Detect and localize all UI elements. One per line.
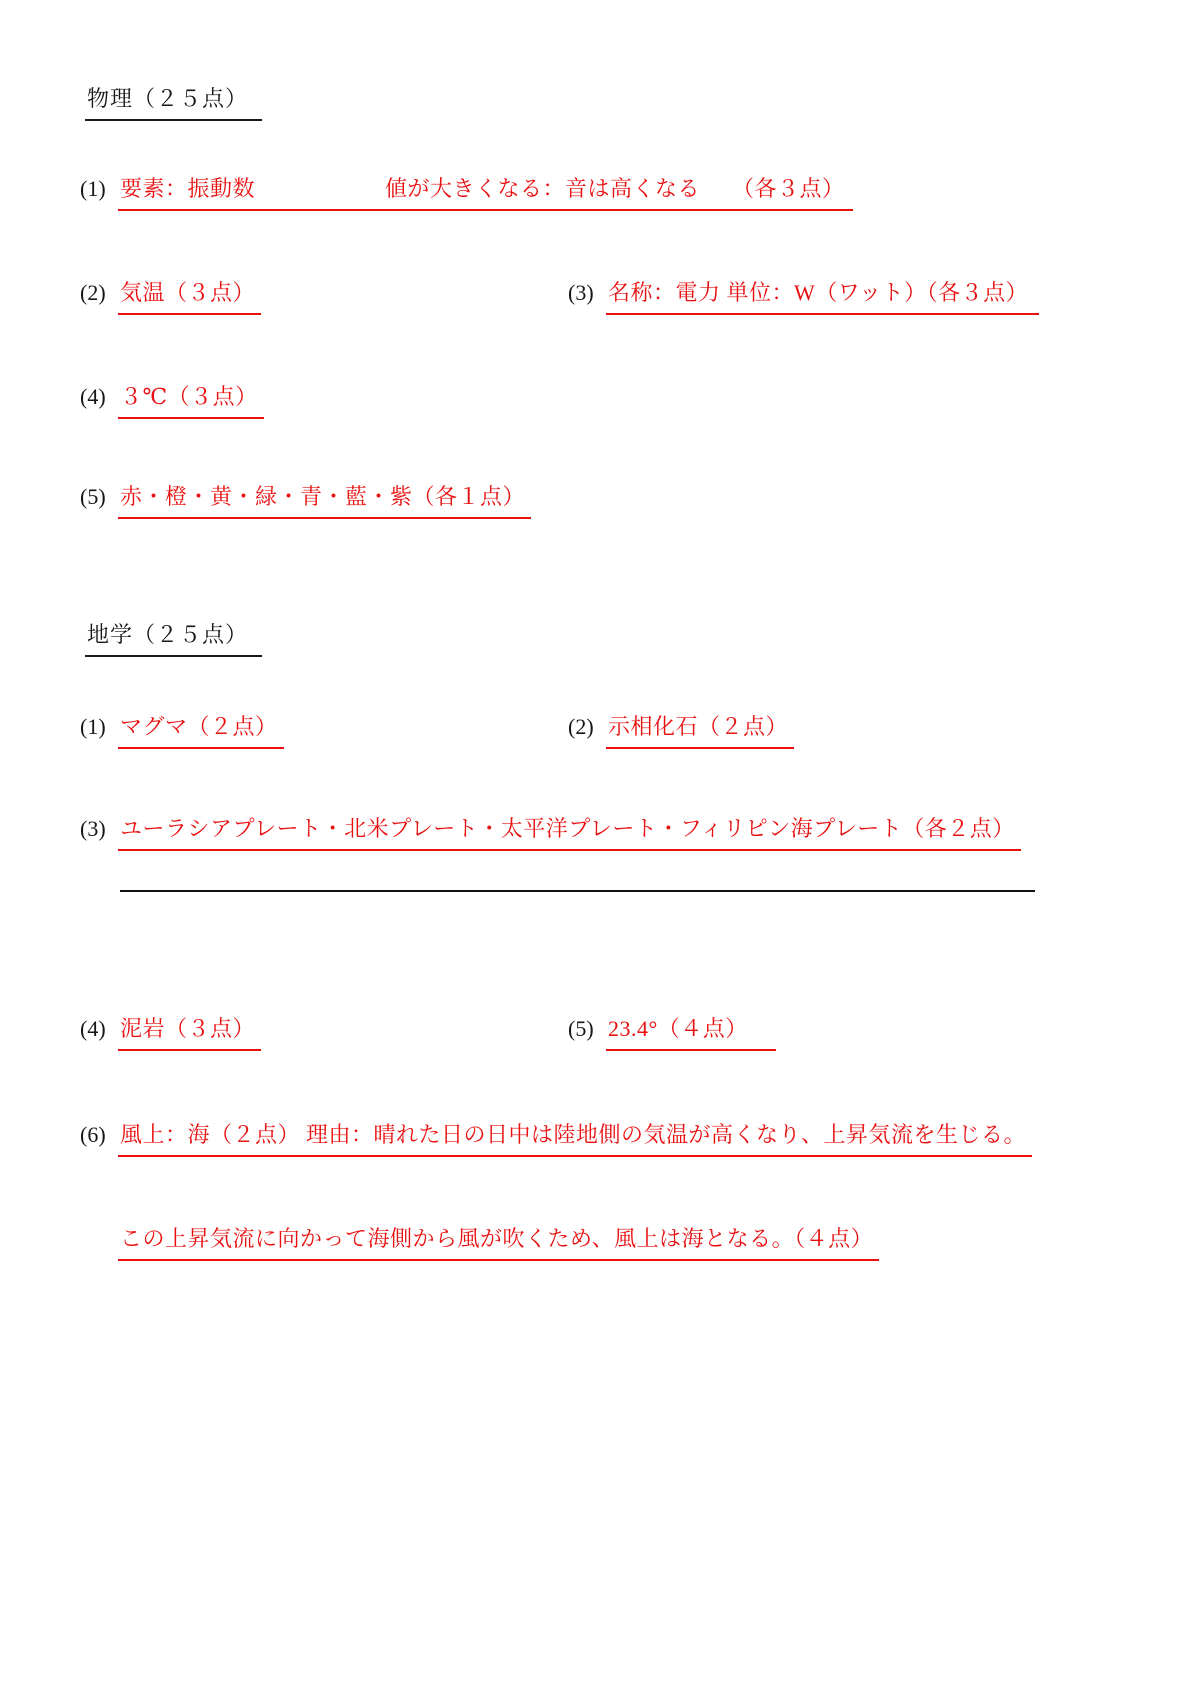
horizontal-divider-line	[120, 890, 1035, 892]
physics-q4-answer: ３℃（３点）	[118, 380, 264, 419]
physics-q1-change: 値が大きくなる：音は高くなる	[385, 172, 700, 203]
geology-q4-answer: 泥岩（３点）	[118, 1012, 261, 1051]
geology-q2-number: (2)	[568, 714, 598, 740]
physics-q5-answer: 赤・橙・黄・緑・青・藍・紫（各１点）	[118, 480, 531, 519]
geology-q3-answer: ユーラシアプレート・北米プレート・太平洋プレート・フィリピン海プレート（各２点）	[118, 812, 1021, 851]
physics-q1-row: (1) 要素：振動数 値が大きくなる：音は高くなる （各３点）	[80, 172, 853, 211]
physics-q5-row: (5) 赤・橙・黄・緑・青・藍・紫（各１点）	[80, 480, 531, 519]
physics-q1-element: 要素：振動数	[120, 176, 255, 201]
physics-q3-row: (3) 名称：電力 単位：W（ワット）（各３点）	[568, 276, 1039, 315]
geology-q6-answer-continuation: この上昇気流に向かって海側から風が吹くため、風上は海となる。（４点）	[118, 1222, 879, 1261]
geology-q3-row: (3) ユーラシアプレート・北米プレート・太平洋プレート・フィリピン海プレート（…	[80, 812, 1021, 851]
geology-heading-text: 地学（２５点）	[85, 618, 262, 657]
physics-q4-row: (4) ３℃（３点）	[80, 380, 264, 419]
physics-q1-points: （各３点）	[732, 172, 845, 203]
geology-q5-row: (5) 23.4°（４点）	[568, 1012, 776, 1051]
geology-q1-number: (1)	[80, 714, 110, 740]
geology-q6-answer: 風上：海（２点） 理由：晴れた日の日中は陸地側の気温が高くなり、上昇気流を生じる…	[118, 1118, 1032, 1157]
geology-q2-answer: 示相化石（２点）	[606, 710, 794, 749]
physics-q3-answer: 名称：電力 単位：W（ワット）（各３点）	[606, 276, 1039, 315]
answer-key-page: 物理（２５点） (1) 要素：振動数 値が大きくなる：音は高くなる （各３点） …	[0, 0, 1190, 1683]
geology-q2-row: (2) 示相化石（２点）	[568, 710, 794, 749]
geology-q4-number: (4)	[80, 1016, 110, 1042]
geology-q5-number: (5)	[568, 1016, 598, 1042]
physics-q3-number: (3)	[568, 280, 598, 306]
geology-q6-number: (6)	[80, 1122, 110, 1148]
geology-q1-row: (1) マグマ（２点）	[80, 710, 284, 749]
geology-q6-row: (6) 風上：海（２点） 理由：晴れた日の日中は陸地側の気温が高くなり、上昇気流…	[80, 1118, 1032, 1157]
geology-q3-number: (3)	[80, 816, 110, 842]
physics-q4-number: (4)	[80, 384, 110, 410]
physics-q2-number: (2)	[80, 280, 110, 306]
physics-heading-text: 物理（２５点）	[85, 82, 262, 121]
physics-q2-row: (2) 気温（３点）	[80, 276, 261, 315]
geology-q1-answer: マグマ（２点）	[118, 710, 284, 749]
geology-q4-row: (4) 泥岩（３点）	[80, 1012, 261, 1051]
geology-q6-continuation-row: この上昇気流に向かって海側から風が吹くため、風上は海となる。（４点）	[80, 1222, 879, 1261]
physics-section-heading: 物理（２５点）	[85, 82, 262, 121]
physics-q2-answer: 気温（３点）	[118, 276, 261, 315]
physics-q1-answer: 要素：振動数 値が大きくなる：音は高くなる （各３点）	[118, 172, 853, 211]
physics-q5-number: (5)	[80, 484, 110, 510]
geology-section-heading: 地学（２５点）	[85, 618, 262, 657]
physics-q1-number: (1)	[80, 176, 110, 202]
geology-q5-answer: 23.4°（４点）	[606, 1012, 776, 1051]
